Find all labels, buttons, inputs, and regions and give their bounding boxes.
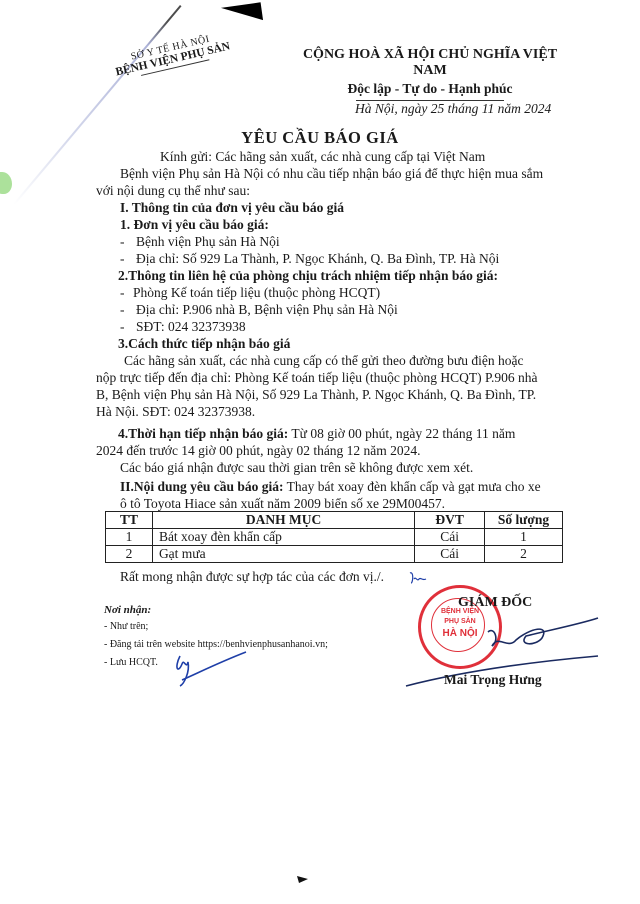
paragraph-line: ô tô Toyota Hiace sản xuất năm 2009 biển… xyxy=(120,495,445,512)
scan-mark xyxy=(221,2,263,25)
section-2-heading: II.Nội dung yêu cầu báo giá: xyxy=(120,479,284,494)
scan-highlight-mark xyxy=(0,172,12,194)
section-2: II.Nội dung yêu cầu báo giá: Thay bát xo… xyxy=(120,478,541,495)
cell-tt: 2 xyxy=(106,546,153,563)
recipient-item: - Như trên; xyxy=(104,620,148,634)
list-item: -SĐT: 024 32373938 xyxy=(120,318,246,335)
paragraph-line: Hà Nội. SĐT: 024 32373938. xyxy=(96,403,255,420)
paragraph-line: B, Bệnh viện Phụ sản Hà Nội, Số 929 La T… xyxy=(96,386,536,403)
initial-signature-icon xyxy=(408,570,430,586)
scan-speck xyxy=(296,874,310,884)
header-so-luong: Số lượng xyxy=(485,512,563,529)
subsection-4-heading: 4.Thời hạn tiếp nhận báo giá: xyxy=(118,426,288,441)
recipient-item: - Lưu HCQT. xyxy=(104,656,158,670)
recipients-heading: Nơi nhận: xyxy=(104,603,151,617)
header-tt: TT xyxy=(106,512,153,529)
intro-line-1: Bệnh viện Phụ sản Hà Nội có nhu cầu tiếp… xyxy=(120,165,543,182)
subsection-4: 4.Thời hạn tiếp nhận báo giá: Từ 08 giờ … xyxy=(118,425,515,442)
signatory-title: GIÁM ĐỐC xyxy=(458,595,532,611)
subsection-3-heading: 3.Cách thức tiếp nhận báo giá xyxy=(118,335,290,352)
header-dvt: ĐVT xyxy=(415,512,485,529)
list-item-text: Bệnh viện Phụ sản Hà Nội xyxy=(136,234,280,249)
list-item: -Phòng Kế toán tiếp liệu (thuộc phòng HC… xyxy=(120,284,380,301)
table-row: 1 Bát xoay đèn khẩn cấp Cái 1 xyxy=(106,529,563,546)
cell-so-luong: 1 xyxy=(485,529,563,546)
list-item: -Bệnh viện Phụ sản Hà Nội xyxy=(120,233,280,250)
list-item-text: Địa chỉ: P.906 nhà B, Bệnh viện Phụ sản … xyxy=(136,302,398,317)
table-header-row: TT DANH MỤC ĐVT Số lượng xyxy=(106,512,563,529)
paragraph-line: 2024 đến trước 14 giờ 00 phút, ngày 02 t… xyxy=(96,442,421,459)
nation-name: CỘNG HOÀ XÃ HỘI CHỦ NGHĨA VIỆT NAM xyxy=(285,47,575,79)
header-danh-muc: DANH MỤC xyxy=(152,512,414,529)
signatory-name: Mai Trọng Hưng xyxy=(444,672,542,688)
national-heading: CỘNG HOÀ XÃ HỘI CHỦ NGHĨA VIỆT NAM Độc l… xyxy=(285,47,575,101)
document-title: YÊU CẦU BÁO GIÁ xyxy=(0,128,640,148)
paragraph-line: Các hãng sản xuất, các nhà cung cấp có t… xyxy=(124,352,523,369)
section-1-heading: I. Thông tin của đơn vị yêu cầu báo giá xyxy=(120,199,344,216)
subsection-4-text: Từ 08 giờ 00 phút, ngày 22 tháng 11 năm xyxy=(288,426,515,441)
cell-tt: 1 xyxy=(106,529,153,546)
issuing-organization: SỞ Y TẾ HÀ NỘI BỆNH VIỆN PHỤ SẢN xyxy=(112,30,232,82)
subsection-2-heading: 2.Thông tin liên hệ của phòng chịu trách… xyxy=(118,267,498,284)
section-2-text: Thay bát xoay đèn khẩn cấp và gạt mưa ch… xyxy=(284,479,541,494)
date-line: Hà Nội, ngày 25 tháng 11 năm 2024 xyxy=(355,101,551,117)
subsection-1-heading: 1. Đơn vị yêu cầu báo giá: xyxy=(120,216,269,233)
list-item-text: Phòng Kế toán tiếp liệu (thuộc phòng HCQ… xyxy=(133,285,380,300)
cell-dvt: Cái xyxy=(415,529,485,546)
list-item-text: SĐT: 024 32373938 xyxy=(136,319,246,334)
greeting: Kính gửi: Các hãng sản xuất, các nhà cun… xyxy=(160,148,485,165)
deadline-note: Các báo giá nhận được sau thời gian trên… xyxy=(120,459,473,476)
closing-line: Rất mong nhận được sự hợp tác của các đơ… xyxy=(120,568,384,585)
paragraph-line: nộp trực tiếp đến địa chỉ: Phòng Kế toán… xyxy=(96,369,538,386)
items-table: TT DANH MỤC ĐVT Số lượng 1 Bát xoay đèn … xyxy=(105,511,563,563)
motto: Độc lập - Tự do - Hạnh phúc xyxy=(285,81,575,97)
intro-line-2: với nội dung cụ thể như sau: xyxy=(96,182,250,199)
cell-dvt: Cái xyxy=(415,546,485,563)
table-row: 2 Gạt mưa Cái 2 xyxy=(106,546,563,563)
cell-danh-muc: Bát xoay đèn khẩn cấp xyxy=(152,529,414,546)
list-item: -Địa chỉ: Số 929 La Thành, P. Ngọc Khánh… xyxy=(120,250,499,267)
list-item-text: Địa chỉ: Số 929 La Thành, P. Ngọc Khánh,… xyxy=(136,251,499,266)
cell-so-luong: 2 xyxy=(485,546,563,563)
handwritten-initial-icon xyxy=(160,648,250,688)
cell-danh-muc: Gạt mưa xyxy=(152,546,414,563)
list-item: -Địa chỉ: P.906 nhà B, Bệnh viện Phụ sản… xyxy=(120,301,398,318)
